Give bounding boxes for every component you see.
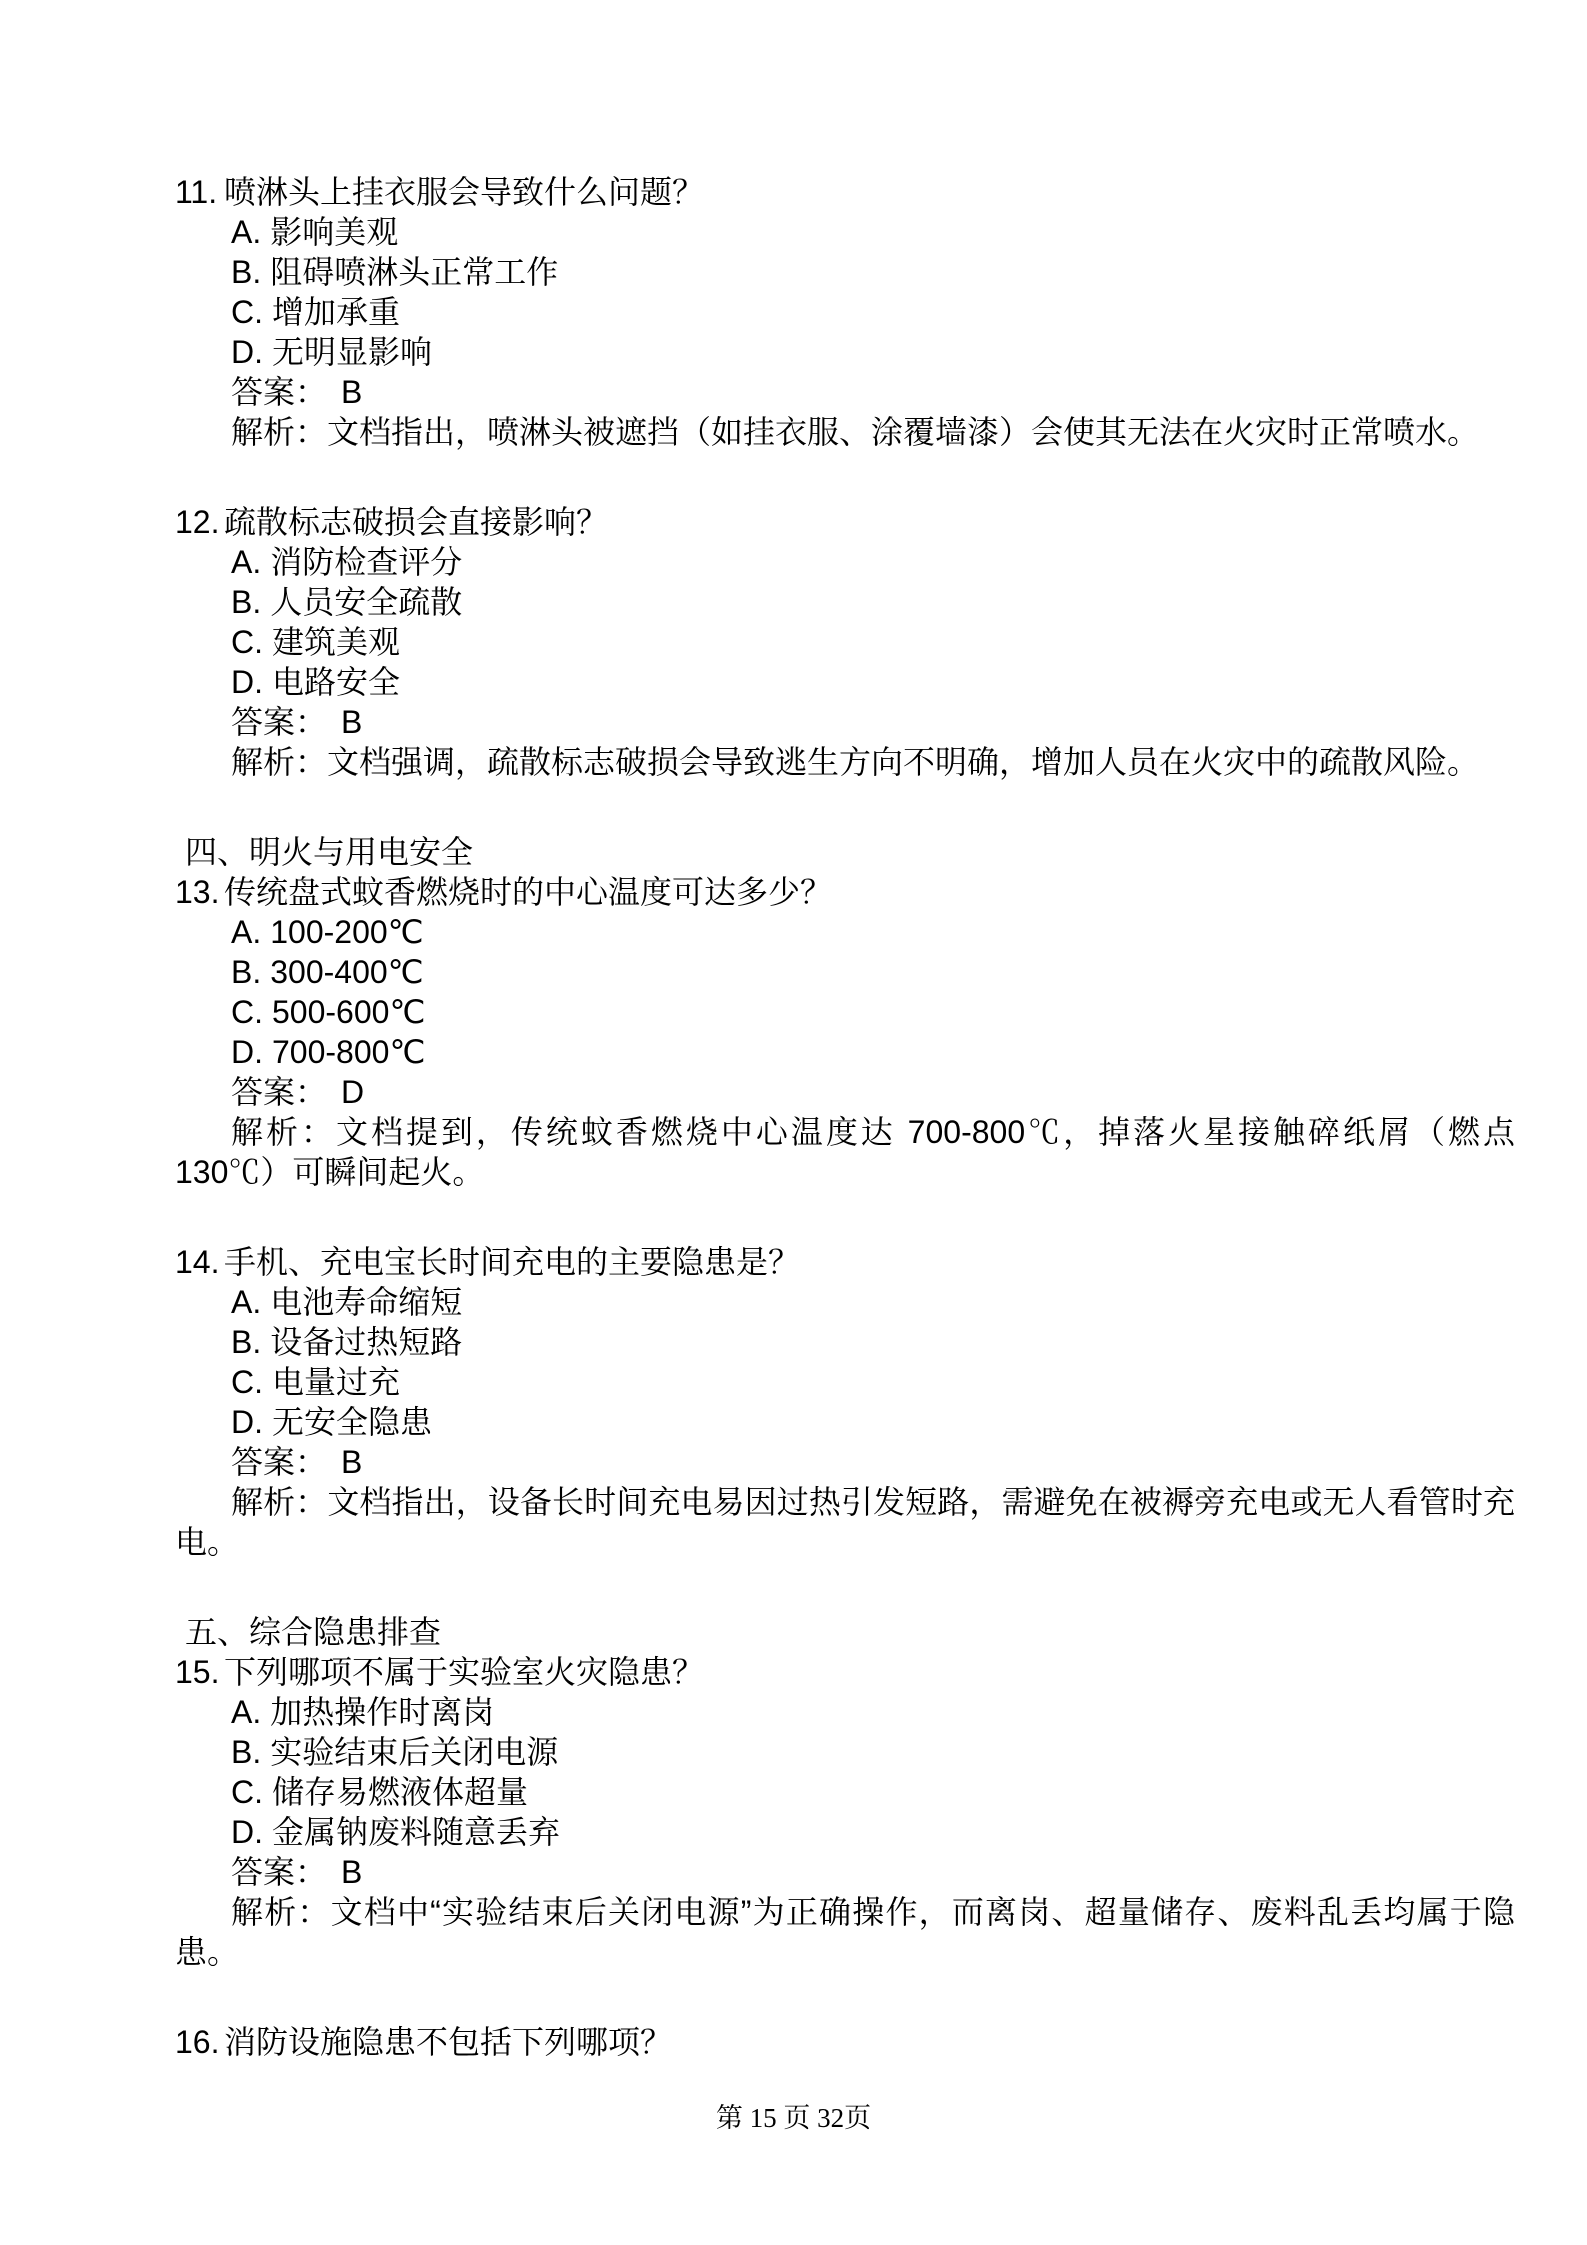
document-content: 11.喷淋头上挂衣服会导致什么问题？ A.影响美观 B.阻碍喷淋头正常工作 C.… xyxy=(175,172,1515,2062)
question-line: 12.疏散标志破损会直接影响？ xyxy=(175,502,1515,542)
analysis-text: 文档提到，传统蚊香燃烧中心温度达 700-800℃，掉落火星接触碎纸屑（燃点 1… xyxy=(175,1114,1515,1190)
option-b: B.300-400℃ xyxy=(231,952,1515,992)
question-line: 13.传统盘式蚊香燃烧时的中心温度可达多少？ xyxy=(175,872,1515,912)
option-text: 影响美观 xyxy=(270,214,398,250)
option-d: D.无安全隐患 xyxy=(231,1402,1515,1442)
answer-value: B xyxy=(341,1854,362,1890)
option-text: 300-400℃ xyxy=(270,954,423,990)
option-text: 设备过热短路 xyxy=(270,1324,462,1360)
option-d: D.金属钠废料随意丢弃 xyxy=(231,1812,1515,1852)
analysis-text: 文档指出，设备长时间充电易因过热引发短路，需避免在被褥旁充电或无人看管时充电。 xyxy=(175,1484,1515,1560)
option-text: 700-800℃ xyxy=(272,1034,425,1070)
option-label: B. xyxy=(231,1732,261,1772)
question-text: 喷淋头上挂衣服会导致什么问题？ xyxy=(224,174,704,210)
option-label: B. xyxy=(231,1322,261,1362)
analysis-label: 解析： xyxy=(231,414,327,450)
question-14: 14.手机、充电宝长时间充电的主要隐患是？ A.电池寿命缩短 B.设备过热短路 … xyxy=(175,1242,1515,1562)
analysis-line: 解析：文档指出，设备长时间充电易因过热引发短路，需避免在被褥旁充电或无人看管时充… xyxy=(175,1482,1515,1562)
question-number: 14. xyxy=(175,1242,224,1282)
question-line: 15.下列哪项不属于实验室火灾隐患？ xyxy=(175,1652,1515,1692)
answer-line: 答案：B xyxy=(231,1442,1515,1482)
analysis-line: 解析：文档中“实验结束后关闭电源”为正确操作，而离岗、超量储存、废料乱丢均属于隐… xyxy=(175,1892,1515,1972)
question-line: 14.手机、充电宝长时间充电的主要隐患是？ xyxy=(175,1242,1515,1282)
answer-line: 答案：B xyxy=(231,702,1515,742)
question-text: 下列哪项不属于实验室火灾隐患？ xyxy=(224,1654,704,1690)
analysis-line: 解析：文档指出，喷淋头被遮挡（如挂衣服、涂覆墙漆）会使其无法在火灾时正常喷水。 xyxy=(175,412,1515,452)
option-text: 消防检查评分 xyxy=(270,544,462,580)
option-text: 电路安全 xyxy=(272,664,400,700)
question-text: 疏散标志破损会直接影响？ xyxy=(224,504,608,540)
analysis-text: 文档强调，疏散标志破损会导致逃生方向不明确，增加人员在火灾中的疏散风险。 xyxy=(327,744,1479,780)
question-16: 16.消防设施隐患不包括下列哪项？ xyxy=(175,2022,1515,2062)
analysis-line: 解析：文档提到，传统蚊香燃烧中心温度达 700-800℃，掉落火星接触碎纸屑（燃… xyxy=(175,1112,1515,1192)
option-a: A.加热操作时离岗 xyxy=(231,1692,1515,1732)
answer-line: 答案：B xyxy=(231,372,1515,412)
option-text: 实验结束后关闭电源 xyxy=(270,1734,558,1770)
answer-label: 答案： xyxy=(231,1074,327,1110)
question-number: 12. xyxy=(175,502,224,542)
analysis-label: 解析： xyxy=(231,1114,336,1150)
answer-label: 答案： xyxy=(231,1854,327,1890)
option-label: B. xyxy=(231,252,261,292)
option-text: 阻碍喷淋头正常工作 xyxy=(270,254,558,290)
question-13: 13.传统盘式蚊香燃烧时的中心温度可达多少？ A.100-200℃ B.300-… xyxy=(175,872,1515,1192)
option-a: A.影响美观 xyxy=(231,212,1515,252)
question-number: 11. xyxy=(175,172,224,212)
option-c: C.建筑美观 xyxy=(231,622,1515,662)
option-label: D. xyxy=(231,1402,263,1442)
question-text: 传统盘式蚊香燃烧时的中心温度可达多少？ xyxy=(224,874,832,910)
answer-label: 答案： xyxy=(231,374,327,410)
question-11: 11.喷淋头上挂衣服会导致什么问题？ A.影响美观 B.阻碍喷淋头正常工作 C.… xyxy=(175,172,1515,452)
analysis-label: 解析： xyxy=(231,1894,331,1930)
option-text: 电量过充 xyxy=(272,1364,400,1400)
analysis-text: 文档指出，喷淋头被遮挡（如挂衣服、涂覆墙漆）会使其无法在火灾时正常喷水。 xyxy=(327,414,1479,450)
option-d: D.无明显影响 xyxy=(231,332,1515,372)
answer-value: B xyxy=(341,1444,362,1480)
section-title-4: 四、明火与用电安全 xyxy=(185,832,1515,872)
option-text: 100-200℃ xyxy=(270,914,423,950)
option-a: A.消防检查评分 xyxy=(231,542,1515,582)
option-label: C. xyxy=(231,1772,263,1812)
option-text: 加热操作时离岗 xyxy=(270,1694,494,1730)
page-footer: 第 15 页 32页 xyxy=(0,2096,1587,2135)
option-label: D. xyxy=(231,1032,263,1072)
option-label: B. xyxy=(231,952,261,992)
option-label: C. xyxy=(231,622,263,662)
option-b: B.阻碍喷淋头正常工作 xyxy=(231,252,1515,292)
answer-value: B xyxy=(341,374,362,410)
option-label: A. xyxy=(231,212,261,252)
option-c: C.电量过充 xyxy=(231,1362,1515,1402)
section-title-5: 五、综合隐患排查 xyxy=(185,1612,1515,1652)
option-label: B. xyxy=(231,582,261,622)
option-label: D. xyxy=(231,332,263,372)
question-number: 16. xyxy=(175,2022,224,2062)
option-c: C.储存易燃液体超量 xyxy=(231,1772,1515,1812)
option-text: 无明显影响 xyxy=(272,334,432,370)
option-d: D.700-800℃ xyxy=(231,1032,1515,1072)
question-number: 13. xyxy=(175,872,224,912)
question-number: 15. xyxy=(175,1652,224,1692)
option-label: D. xyxy=(231,662,263,702)
option-text: 无安全隐患 xyxy=(272,1404,432,1440)
analysis-text: 文档中“实验结束后关闭电源”为正确操作，而离岗、超量储存、废料乱丢均属于隐患。 xyxy=(175,1894,1515,1970)
analysis-label: 解析： xyxy=(231,744,327,780)
question-text: 消防设施隐患不包括下列哪项？ xyxy=(224,2024,672,2060)
option-label: A. xyxy=(231,1692,261,1732)
option-c: C.500-600℃ xyxy=(231,992,1515,1032)
question-line: 11.喷淋头上挂衣服会导致什么问题？ xyxy=(175,172,1515,212)
option-text: 储存易燃液体超量 xyxy=(272,1774,528,1810)
option-label: D. xyxy=(231,1812,263,1852)
option-a: A.100-200℃ xyxy=(231,912,1515,952)
question-15: 15.下列哪项不属于实验室火灾隐患？ A.加热操作时离岗 B.实验结束后关闭电源… xyxy=(175,1652,1515,1972)
question-line: 16.消防设施隐患不包括下列哪项？ xyxy=(175,2022,1515,2062)
option-label: A. xyxy=(231,912,261,952)
option-b: B.实验结束后关闭电源 xyxy=(231,1732,1515,1772)
question-text: 手机、充电宝长时间充电的主要隐患是？ xyxy=(224,1244,800,1280)
option-text: 增加承重 xyxy=(272,294,400,330)
document-page: 11.喷淋头上挂衣服会导致什么问题？ A.影响美观 B.阻碍喷淋头正常工作 C.… xyxy=(0,0,1587,2245)
option-text: 电池寿命缩短 xyxy=(270,1284,462,1320)
option-text: 建筑美观 xyxy=(272,624,400,660)
option-text: 500-600℃ xyxy=(272,994,425,1030)
option-label: C. xyxy=(231,992,263,1032)
option-label: C. xyxy=(231,292,263,332)
question-12: 12.疏散标志破损会直接影响？ A.消防检查评分 B.人员安全疏散 C.建筑美观… xyxy=(175,502,1515,782)
option-d: D.电路安全 xyxy=(231,662,1515,702)
answer-line: 答案：B xyxy=(231,1852,1515,1892)
answer-label: 答案： xyxy=(231,1444,327,1480)
option-text: 金属钠废料随意丢弃 xyxy=(272,1814,560,1850)
option-c: C.增加承重 xyxy=(231,292,1515,332)
analysis-line: 解析：文档强调，疏散标志破损会导致逃生方向不明确，增加人员在火灾中的疏散风险。 xyxy=(175,742,1515,782)
option-label: A. xyxy=(231,1282,261,1322)
answer-value: D xyxy=(341,1074,364,1110)
answer-label: 答案： xyxy=(231,704,327,740)
option-label: C. xyxy=(231,1362,263,1402)
answer-value: B xyxy=(341,704,362,740)
option-b: B.设备过热短路 xyxy=(231,1322,1515,1362)
analysis-label: 解析： xyxy=(231,1484,327,1520)
option-label: A. xyxy=(231,542,261,582)
option-b: B.人员安全疏散 xyxy=(231,582,1515,622)
answer-line: 答案：D xyxy=(231,1072,1515,1112)
option-a: A.电池寿命缩短 xyxy=(231,1282,1515,1322)
option-text: 人员安全疏散 xyxy=(270,584,462,620)
